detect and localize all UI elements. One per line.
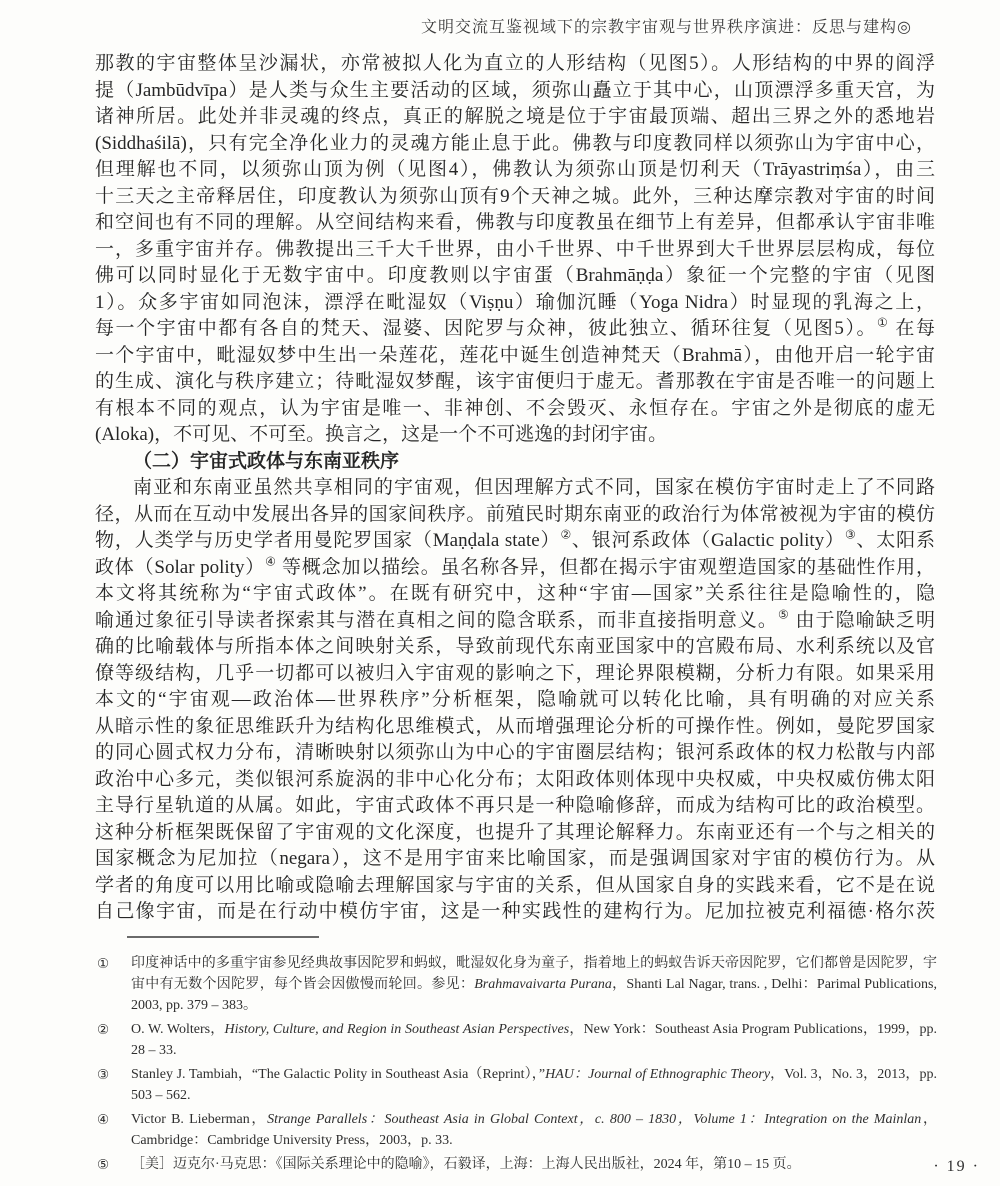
body-line: 1）。众多宇宙如同泡沫，漂浮在毗湿奴（Viṣṇu）瑜伽沉睡（Yoga Nidra… [95,290,935,317]
footnote-text: 印度神话中的多重宇宙参见经典故事因陀罗和蚂蚁，毗湿奴化身为童子，指着地上的蚂蚁告… [131,953,937,1016]
footnote: ⑤［美］迈克尔·马克思：《国际关系理论中的隐喻》，石毅译，上海：上海人民出版社，… [97,1154,937,1175]
body-line: 每一个宇宙中都有各自的梵天、湿婆、因陀罗与众神，彼此独立、循环往复（见图5）。①… [95,316,935,343]
footnote: ④Victor B. Lieberman，Strange Parallels：S… [97,1109,937,1151]
body-line: 诸神所居。此处并非灵魂的终点，真正的解脱之境是位于宇宙最顶端、超出三界之外的悉地… [95,104,935,131]
body-line: 有根本不同的观点，认为宇宙是唯一、非神创、不会毁灭、永恒存在。宇宙之外是彻底的虚… [95,396,935,423]
footnote: ②O. W. Wolters，History, Culture, and Reg… [97,1019,937,1061]
footnote-segment: ［美］迈克尔·马克思：《国际关系理论中的隐喻》，石毅译，上海：上海人民出版社，2… [131,1157,801,1172]
body-line: 本文将其统称为“宇宙式政体”。在既有研究中，这种“宇宙—国家”关系往往是隐喻性的… [95,581,935,608]
footnote-ref: ④ [265,555,276,568]
footnote-marker: ③ [97,1064,131,1085]
body-line: 僚等级结构，几乎一切都可以被归入宇宙观的影响之下，理论界限模糊，分析力有限。如果… [95,661,935,688]
body-line: 一，多重宇宙并存。佛教提出三千大千世界，由小千世界、中千世界到大千世界层层构成，… [95,237,935,264]
body-line: 的生成、演化与秩序建立；待毗湿奴梦醒，该宇宙便归于虚无。耆那教在宇宙是否唯一的问… [95,369,935,396]
body-line: 径，从而在互动中发展出各异的国家间秩序。前殖民时期东南亚的政治行为体常被视为宇宙… [95,502,935,529]
footnote-ref: ② [560,529,571,542]
body-line: 主导行星轨道的从属。如此，宇宙式政体不再只是一种隐喻修辞，而成为结构可比的政治模… [95,793,935,820]
footnote-ref: ⑤ [778,608,790,621]
body-line: 和空间也有不同的理解。从空间结构来看，佛教与印度教虽在细节上有差异，但都承认宇宙… [95,210,935,237]
footnote-segment: O. W. Wolters， [131,1022,225,1037]
body-line: 国家概念为尼加拉（negara），这不是用宇宙来比喻国家，而是强调国家对宇宙的模… [95,846,935,873]
footnote-marker: ① [97,953,131,974]
body-line: (Aloka)，不可见、不可至。换言之，这是一个不可逃逸的封闭宇宙。 [95,422,935,449]
footnote-marker: ② [97,1019,131,1040]
body-line: 从暗示性的象征思维跃升为结构化思维模式，从而增强理论分析的可操作性。例如，曼陀罗… [95,714,935,741]
running-head: 文明交流互鉴视域下的宗教宇宙观与世界秩序演进：反思与建构◎ [95,14,912,37]
page-number: · 19 · [933,1158,980,1176]
body-line: 这种分析框架既保留了宇宙观的文化深度，也提升了其理论解释力。东南亚还有一个与之相… [95,820,935,847]
footnote-ref: ③ [845,529,856,542]
body-line: 自己像宇宙，而是在行动中模仿宇宙，这是一种实践性的建构行为。尼加拉被克利福德·格… [95,899,935,926]
body-line: 十三天之主帝释居住，印度教认为须弥山顶有9个天神之城。此外，三种达摩宗教对宇宙的… [95,184,935,211]
footnote-title-italic: Brahmavaivarta Purana [474,977,612,992]
section-heading: （二）宇宙式政体与东南亚秩序 [95,449,935,476]
body-line: 佛可以同时显化于无数宇宙中。印度教则以宇宙蛋（Brahmāṇḍa）象征一个完整的… [95,263,935,290]
footnote-title-italic: Strange Parallels：Southeast Asia in Glob… [267,1112,921,1127]
body-line: 提（Jambūdvīpa）是人类与众生主要活动的区域，须弥山矗立于其中心，山顶漂… [95,78,935,105]
body-line: 政治中心多元，类似银河系旋涡的非中心化分布；太阳政体则体现中央权威，中央权威仿佛… [95,767,935,794]
footnote-text: ［美］迈克尔·马克思：《国际关系理论中的隐喻》，石毅译，上海：上海人民出版社，2… [131,1154,937,1175]
footnote-text: Victor B. Lieberman，Strange Parallels：So… [131,1109,937,1151]
footnote-text: Stanley J. Tambiah，“The Galactic Polity … [131,1064,937,1106]
footnote-title-italic: HAU：Journal of Ethnographic Theory [545,1067,770,1082]
body-line: 南亚和东南亚虽然共享相同的宇宙观，但因理解方式不同，国家在模仿宇宙时走上了不同路 [95,475,935,502]
footnote: ③Stanley J. Tambiah，“The Galactic Polity… [97,1064,937,1106]
footnote-ref: ① [877,317,889,330]
footnote-marker: ④ [97,1109,131,1130]
footnote-separator [127,936,319,938]
footnote-marker: ⑤ [97,1154,131,1175]
body-line: 但理解也不同，以须弥山顶为例（见图4），佛教认为须弥山顶是忉利天（Trāyast… [95,157,935,184]
body-line: 一个宇宙中，毗湿奴梦中生出一朵莲花，莲花中诞生创造神梵天（Brahmā），由他开… [95,343,935,370]
body-line: 学者的角度可以用比喻或隐喻去理解国家与宇宙的关系，但从国家自身的实践来看，它不是… [95,873,935,900]
body-text: 那教的宇宙整体呈沙漏状，亦常被拟人化为直立的人形结构（见图5）。人形结构的中界的… [95,51,935,926]
body-line: (Siddhaśilā)，只有完全净化业力的灵魂方能止息于此。佛教与印度教同样以… [95,131,935,158]
body-line: 喻通过象征引导读者探索其与潜在真相之间的隐含联系，而非直接指明意义。⑤ 由于隐喻… [95,608,935,635]
body-line: 政体（Solar polity）④ 等概念加以描绘。虽名称各异，但都在揭示宇宙观… [95,555,935,582]
footnote-segment: Victor B. Lieberman， [131,1112,267,1127]
footnote: ①印度神话中的多重宇宙参见经典故事因陀罗和蚂蚁，毗湿奴化身为童子，指着地上的蚂蚁… [97,953,937,1016]
footnote-text: O. W. Wolters，History, Culture, and Regi… [131,1019,937,1061]
body-line: 物，人类学与历史学者用曼陀罗国家（Maṇḍala state）②、银河系政体（G… [95,528,935,555]
body-line: 那教的宇宙整体呈沙漏状，亦常被拟人化为直立的人形结构（见图5）。人形结构的中界的… [95,51,935,78]
body-line: 的同心圆式权力分布，清晰映射以须弥山为中心的宇宙圈层结构；银河系政体的权力松散与… [95,740,935,767]
footnote-segment: Stanley J. Tambiah，“The Galactic Polity … [131,1067,545,1082]
body-line: 本文的“宇宙观—政治体—世界秩序”分析框架，隐喻就可以转化比喻，具有明确的对应关… [95,687,935,714]
footnotes-section: ①印度神话中的多重宇宙参见经典故事因陀罗和蚂蚁，毗湿奴化身为童子，指着地上的蚂蚁… [97,953,937,1178]
body-line: 确的比喻载体与所指本体之间映射关系，导致前现代东南亚国家中的宫殿布局、水利系统以… [95,634,935,661]
footnote-title-italic: History, Culture, and Region in Southeas… [225,1022,570,1037]
